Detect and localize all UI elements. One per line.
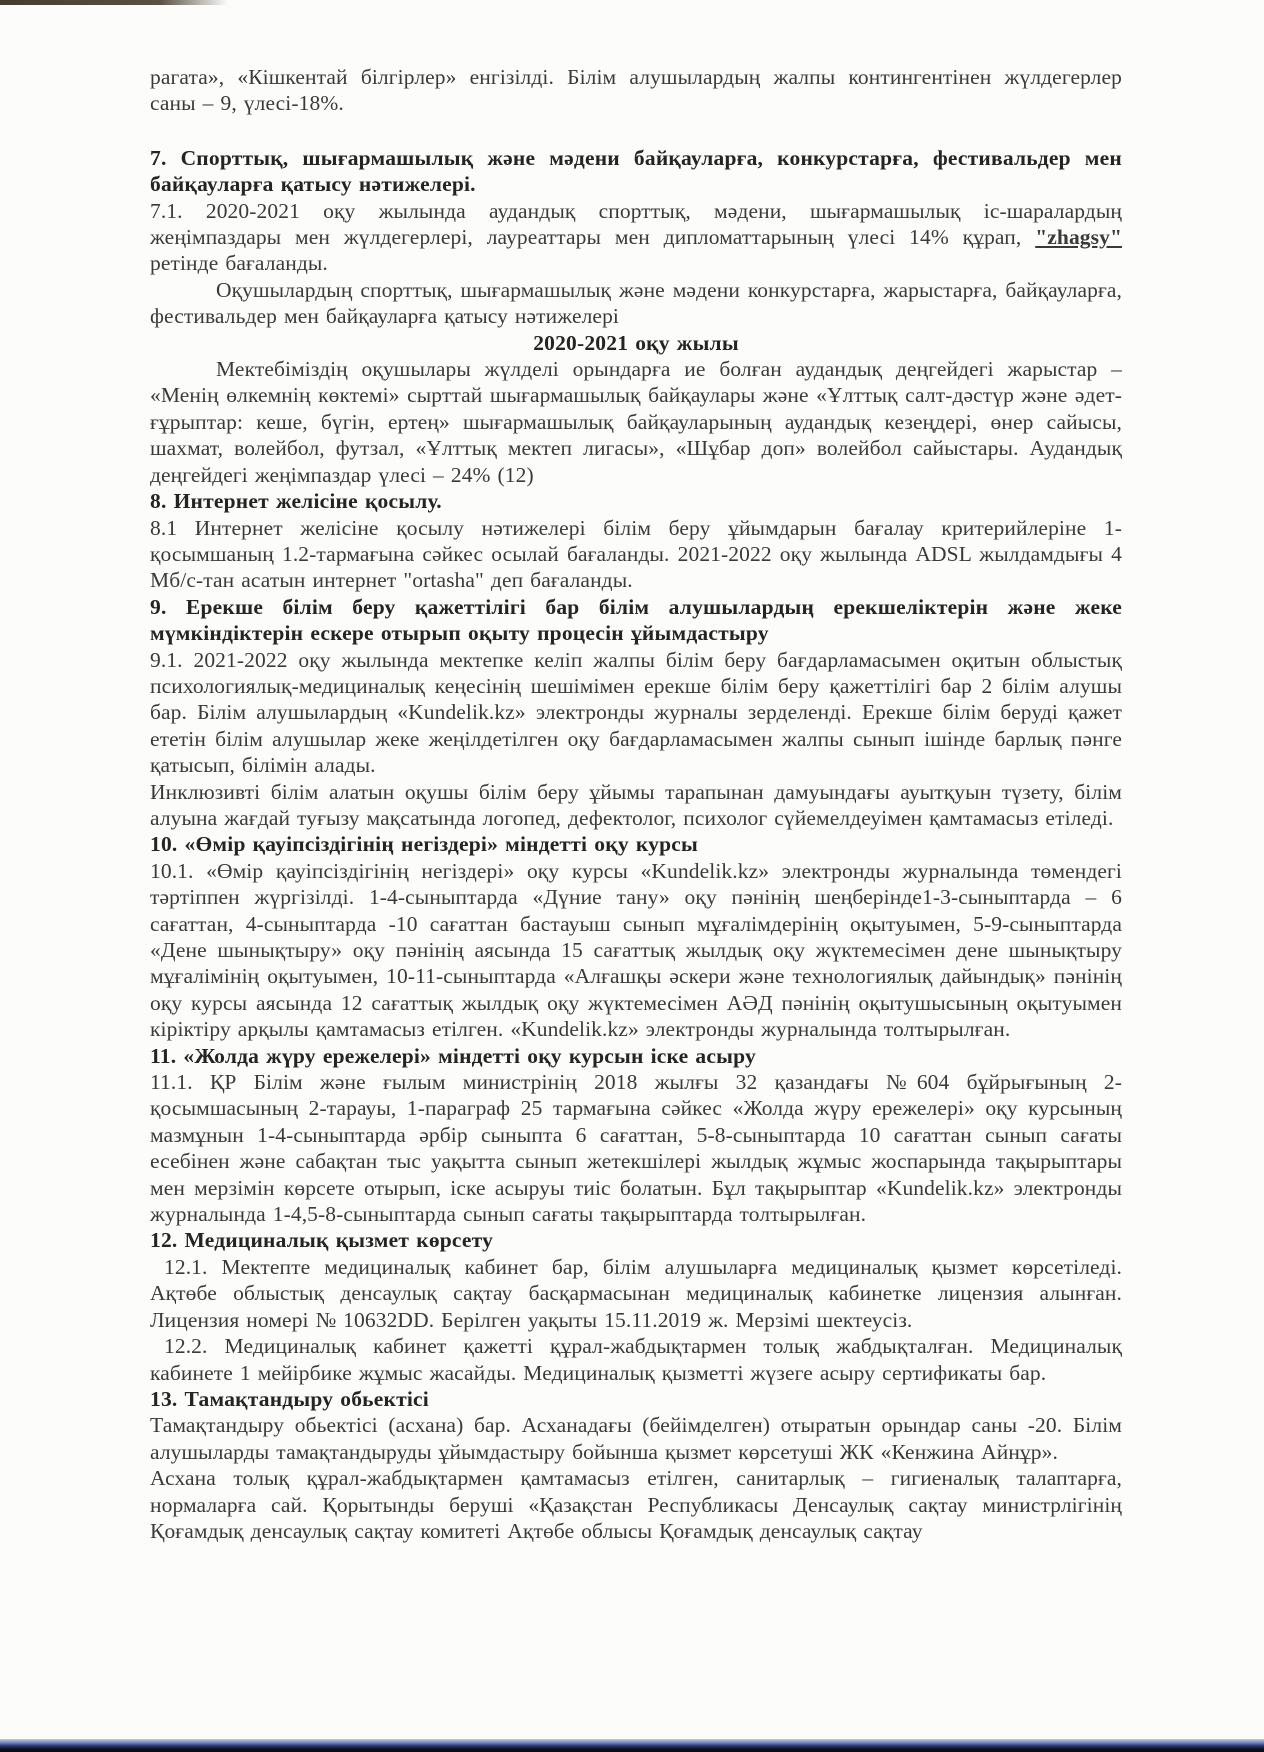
paragraph-10-1: 10.1. «Өмір қауіпсіздігінің негіздері» о… (150, 858, 1122, 1043)
paragraph-8-1: 8.1 Интернет желісіне қосылу нәтижелері … (150, 515, 1122, 594)
text-run: 11.1. ҚР Білім және ғылым министрінің 20… (150, 1070, 1122, 1226)
text-run: 12. Медициналық қызмет көрсету (150, 1228, 493, 1252)
text-run: 8. Интернет желісіне қосылу. (150, 489, 442, 513)
text-run: 7.1. 2020-2021 оқу жылында аудандық спор… (150, 199, 1122, 249)
heading-8: 8. Интернет желісіне қосылу. (150, 488, 1122, 514)
heading-13: 13. Тамақтандыру обьектісі (150, 1386, 1122, 1412)
heading-school-year: 2020-2021 оқу жылы (150, 330, 1122, 356)
text-run: Тамақтандыру обьектісі (асхана) бар. Асх… (150, 1413, 1122, 1463)
text-run: 9. Ерекше білім беру қажеттілігі бар біл… (150, 595, 1122, 645)
heading-9: 9. Ерекше білім беру қажеттілігі бар біл… (150, 594, 1122, 647)
paragraph-12-1: 12.1. Мектепте медициналық кабинет бар, … (150, 1254, 1122, 1333)
emphasized-rating: "zhagsy" (1035, 225, 1122, 249)
scan-artifact-top-edge (0, 0, 228, 5)
text-run: 13. Тамақтандыру обьектісі (150, 1387, 429, 1411)
heading-11: 11. «Жолда жүру ережелері» міндетті оқу … (150, 1043, 1122, 1069)
text-run: ретінде бағаланды. (150, 251, 328, 275)
text-run: Асхана толық құрал-жабдықтармен қамтамас… (150, 1466, 1122, 1543)
paragraph-11-1: 11.1. ҚР Білім және ғылым министрінің 20… (150, 1069, 1122, 1227)
paragraph-participation-results: Оқушылардың спорттық, шығармашылық және … (150, 277, 1122, 330)
text-run: 9.1. 2021-2022 оқу жылында мектепке келі… (150, 648, 1122, 778)
text-run: рагата», «Кішкентай білгірлер» енгізілді… (150, 65, 1122, 115)
text-run: 11. «Жолда жүру ережелері» міндетті оқу … (150, 1044, 756, 1068)
heading-12: 12. Медициналық қызмет көрсету (150, 1227, 1122, 1253)
paragraph-continuation: рагата», «Кішкентай білгірлер» енгізілді… (150, 64, 1122, 117)
paragraph-13-sanitary: Асхана толық құрал-жабдықтармен қамтамас… (150, 1465, 1122, 1544)
paragraph-7-1: 7.1. 2020-2021 оқу жылында аудандық спор… (150, 198, 1122, 277)
text-run: 10.1. «Өмір қауіпсіздігінің негіздері» о… (150, 859, 1122, 1041)
heading-10: 10. «Өмір қауіпсіздігінің негіздері» мін… (150, 831, 1122, 857)
paragraph-12-2: 12.2. Медициналық кабинет қажетті құрал-… (150, 1333, 1122, 1386)
text-run: 2020-2021 оқу жылы (533, 331, 739, 355)
text-run: 10. «Өмір қауіпсіздігінің негіздері» мін… (150, 832, 698, 856)
text-run: Оқушылардың спорттық, шығармашылық және … (150, 278, 1122, 328)
paragraph-9-1: 9.1. 2021-2022 оқу жылында мектепке келі… (150, 647, 1122, 779)
text-run: Инклюзивті білім алатын оқушы білім беру… (150, 780, 1122, 830)
paragraph-13-canteen: Тамақтандыру обьектісі (асхана) бар. Асх… (150, 1412, 1122, 1465)
text-run: 12.1. Мектепте медициналық кабинет бар, … (150, 1255, 1122, 1332)
text-run: Мектебіміздің оқушылары жүлделі орындарғ… (150, 357, 1122, 487)
text-run: 8.1 Интернет желісіне қосылу нәтижелері … (150, 516, 1122, 593)
scan-artifact-bottom-edge (0, 1739, 1264, 1752)
document-body: рагата», «Кішкентай білгірлер» енгізілді… (150, 64, 1122, 1544)
heading-7: 7. Спорттық, шығармашылық және мәдени ба… (150, 145, 1122, 198)
text-run: 12.2. Медициналық кабинет қажетті құрал-… (150, 1334, 1122, 1384)
text-run: 7. Спорттық, шығармашылық және мәдени ба… (150, 146, 1122, 196)
scanned-document-page: рагата», «Кішкентай білгірлер» енгізілді… (0, 0, 1264, 1752)
paragraph-school-year-details: Мектебіміздің оқушылары жүлделі орындарғ… (150, 356, 1122, 488)
paragraph-inclusive-education: Инклюзивті білім алатын оқушы білім беру… (150, 779, 1122, 832)
